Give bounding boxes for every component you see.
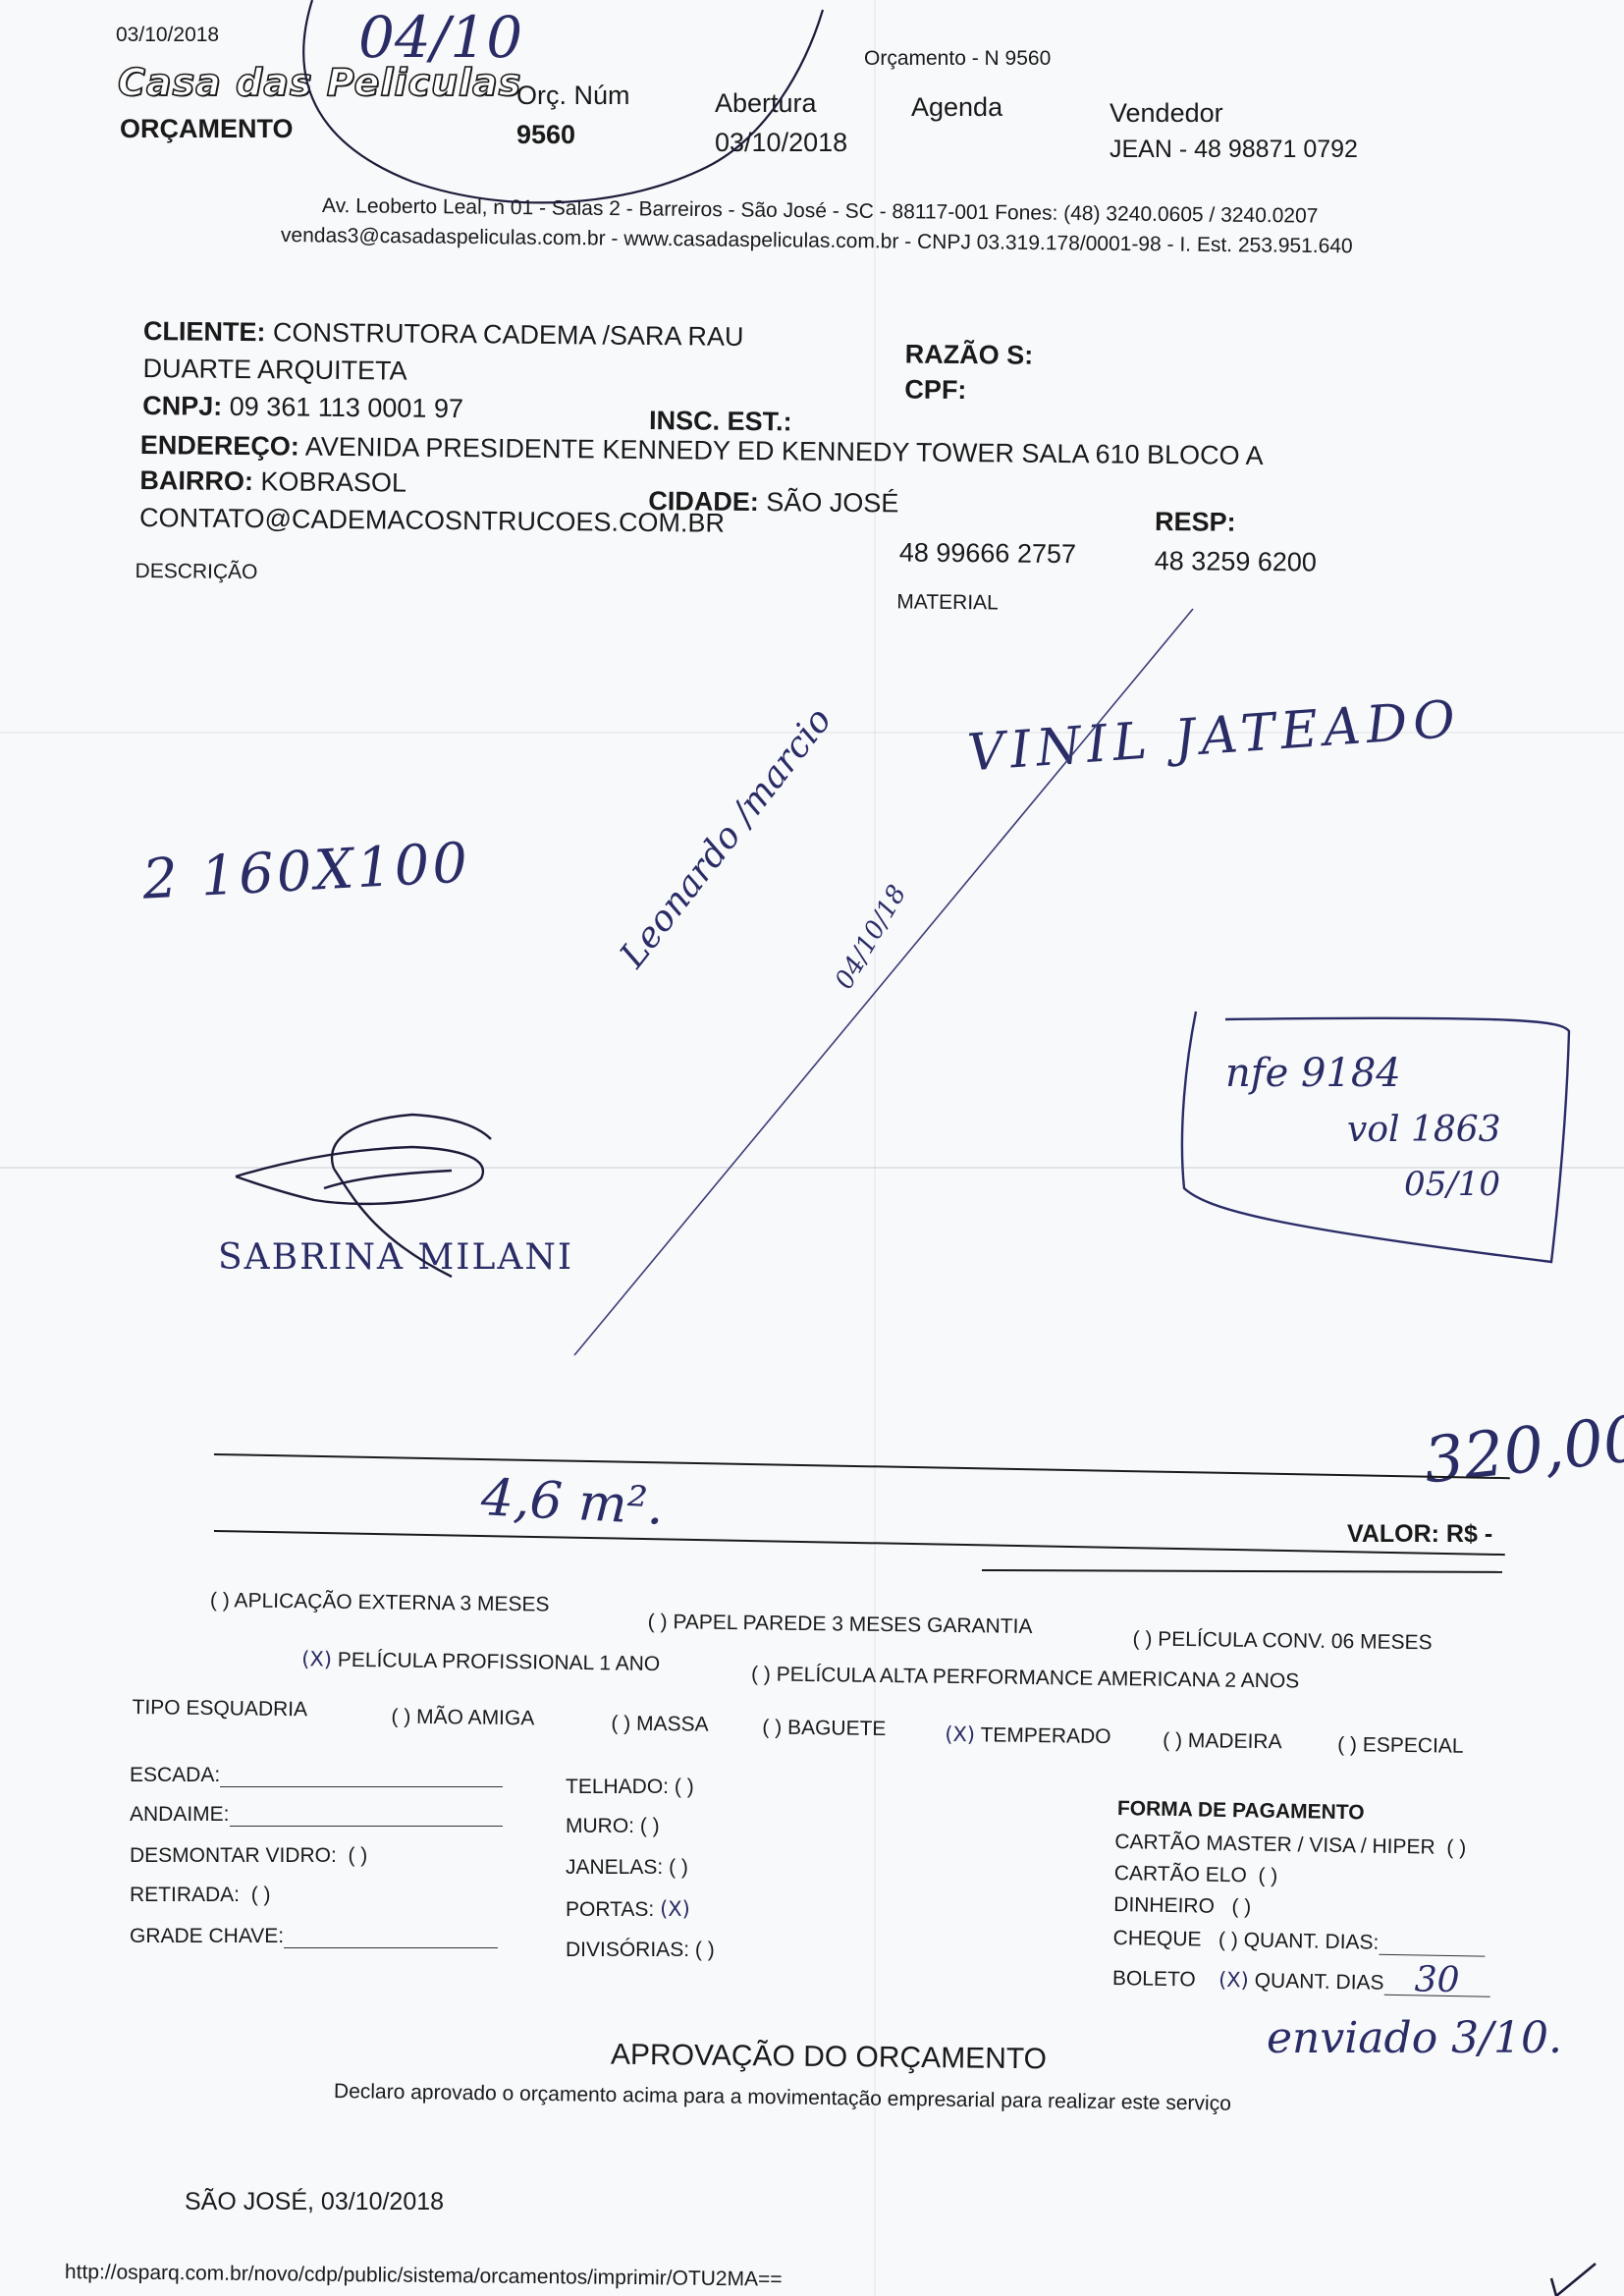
- option-pelicula-profissional[interactable]: (X) PELÍCULA PROFISSIONAL 1 ANO: [301, 1647, 660, 1676]
- box-note-date: 05/10: [1404, 1165, 1500, 1204]
- material-label: MATERIAL: [896, 590, 999, 615]
- retirada-field[interactable]: RETIRADA: ( ): [130, 1884, 271, 1907]
- payment-dinheiro[interactable]: DINHEIRO ( ): [1113, 1893, 1251, 1919]
- handwritten-date: 04/10: [358, 4, 522, 71]
- handwritten-diagonal-note: Leonardo /marcio: [613, 700, 839, 975]
- razao-social-label: RAZÃO S:: [905, 340, 1034, 371]
- option-pelicula-conv[interactable]: ( ) PELÍCULA CONV. 06 MESES: [1132, 1627, 1432, 1655]
- escada-field[interactable]: ESCADA:: [130, 1764, 503, 1787]
- checked-mark: (X): [945, 1722, 975, 1746]
- escada-input[interactable]: [220, 1786, 503, 1787]
- paper-fold: [0, 1167, 1624, 1169]
- desmontar-vidro-field[interactable]: DESMONTAR VIDRO: ( ): [130, 1844, 367, 1868]
- option-papel-parede[interactable]: ( ) PAPEL PAREDE 3 MESES GARANTIA: [648, 1611, 1033, 1639]
- paper-fold: [874, 0, 876, 2296]
- approval-text: Declaro aprovado o orçamento acima para …: [334, 2080, 1231, 2116]
- check-stroke: [1551, 2264, 1596, 2296]
- tipo-especial[interactable]: ( ) ESPECIAL: [1337, 1733, 1464, 1759]
- payment-cartao-master[interactable]: CARTÃO MASTER / VISA / HIPER ( ): [1114, 1831, 1466, 1860]
- handwritten-area: 4,6 m².: [480, 1468, 666, 1537]
- signature-name: SABRINA MILANI: [218, 1237, 573, 1278]
- client-email: CONTATO@CADEMACOSNTRUCOES.COM.BR: [139, 503, 725, 539]
- orc-num-value: 9560: [516, 120, 575, 150]
- doc-reference: Orçamento - N 9560: [864, 47, 1051, 71]
- valor-line-bottom: [982, 1569, 1502, 1573]
- tipo-esquadria-label: TIPO ESQUADRIA: [132, 1696, 307, 1722]
- valor-line-mid: [214, 1530, 1505, 1556]
- handwritten-enviado: enviado 3/10.: [1267, 2013, 1562, 2063]
- muro-field[interactable]: MURO: ( ): [566, 1815, 660, 1838]
- vendedor-label: Vendedor: [1110, 98, 1223, 129]
- cnpj-field: CNPJ: 09 361 113 0001 97: [142, 391, 463, 424]
- option-pelicula-alta-performance[interactable]: ( ) PELÍCULA ALTA PERFORMANCE AMERICANA …: [751, 1663, 1300, 1693]
- tipo-baguete[interactable]: ( ) BAGUETE: [762, 1716, 886, 1741]
- agenda-label: Agenda: [911, 92, 1002, 123]
- resp-phone: 48 3259 6200: [1155, 546, 1317, 578]
- cliente-continued: DUARTE ARQUITETA: [142, 354, 406, 387]
- bairro-field: BAIRRO: KOBRASOL: [139, 465, 406, 499]
- handwritten-valor: 320,00: [1421, 1402, 1624, 1498]
- checked-mark: (X): [660, 1897, 690, 1921]
- grade-chave-field[interactable]: GRADE CHAVE:: [130, 1925, 498, 1948]
- tipo-mao-amiga[interactable]: ( ) MÃO AMIGA: [391, 1705, 534, 1730]
- grade-chave-input[interactable]: [284, 1947, 498, 1948]
- company-contact: vendas3@casadaspeliculas.com.br - www.ca…: [281, 224, 1353, 258]
- print-date: 03/10/2018: [116, 24, 219, 47]
- boleto-dias-input[interactable]: 30: [1383, 1965, 1490, 1997]
- descricao-label: DESCRIÇÃO: [135, 560, 257, 584]
- place-date: SÃO JOSÉ, 03/10/2018: [185, 2188, 444, 2216]
- payment-title: FORMA DE PAGAMENTO: [1117, 1797, 1365, 1825]
- handwritten-material: VINIL JATEADO: [966, 690, 1463, 784]
- tipo-massa[interactable]: ( ) MASSA: [611, 1712, 709, 1736]
- checked-mark: (X): [301, 1647, 332, 1670]
- portas-field[interactable]: PORTAS: (X): [566, 1897, 690, 1922]
- valor-label: VALOR: R$ -: [1347, 1520, 1492, 1549]
- cheque-dias-input[interactable]: [1379, 1954, 1485, 1957]
- abertura-label: Abertura: [715, 88, 817, 119]
- valor-line-top: [214, 1453, 1510, 1479]
- cpf-label: CPF:: [904, 375, 966, 407]
- divisorias-field[interactable]: DIVISÓRIAS: ( ): [566, 1939, 715, 1962]
- checked-mark: (X): [1218, 1968, 1249, 1993]
- janelas-field[interactable]: JANELAS: ( ): [566, 1856, 688, 1880]
- andaime-input[interactable]: [230, 1826, 503, 1827]
- company-address: Av. Leoberto Leal, n 01 - Salas 2 - Barr…: [322, 194, 1319, 229]
- payment-boleto[interactable]: BOLETO (X) QUANT. DIAS30: [1112, 1960, 1490, 1997]
- tipo-madeira[interactable]: ( ) MADEIRA: [1163, 1729, 1282, 1755]
- andaime-field[interactable]: ANDAIME:: [130, 1803, 503, 1827]
- telhado-field[interactable]: TELHADO: ( ): [566, 1776, 694, 1799]
- option-aplicacao-externa[interactable]: ( ) APLICAÇÃO EXTERNA 3 MESES: [210, 1589, 550, 1617]
- box-note-vol: vol 1863: [1347, 1110, 1501, 1150]
- insc-est-label: INSC. EST.:: [649, 406, 792, 437]
- handwritten-dimensions: 2 160X100: [141, 831, 472, 911]
- tipo-temperado[interactable]: (X) TEMPERADO: [945, 1722, 1111, 1749]
- footer-url[interactable]: http://osparq.com.br/novo/cdp/public/sis…: [65, 2261, 783, 2292]
- doc-type: ORÇAMENTO: [120, 114, 294, 144]
- client-phone: 48 99666 2757: [899, 537, 1076, 570]
- box-note-nfe: nfe 9184: [1225, 1051, 1401, 1096]
- approval-title: APROVAÇÃO DO ORÇAMENTO: [611, 2039, 1047, 2077]
- payment-cheque[interactable]: CHEQUE ( ) QUANT. DIAS:: [1112, 1927, 1485, 1957]
- orc-num-label: Orç. Núm: [516, 81, 630, 111]
- resp-label: RESP:: [1155, 507, 1236, 538]
- endereco-field: ENDEREÇO: AVENIDA PRESIDENTE KENNEDY ED …: [140, 430, 1264, 471]
- abertura-value: 03/10/2018: [715, 128, 847, 158]
- handwritten-diagonal-date: 04/10/18: [830, 880, 912, 994]
- payment-cartao-elo[interactable]: CARTÃO ELO ( ): [1114, 1862, 1278, 1888]
- cliente-field: CLIENTE: CONSTRUTORA CADEMA /SARA RAU: [143, 316, 744, 353]
- vendedor-value: JEAN - 48 98871 0792: [1110, 136, 1358, 164]
